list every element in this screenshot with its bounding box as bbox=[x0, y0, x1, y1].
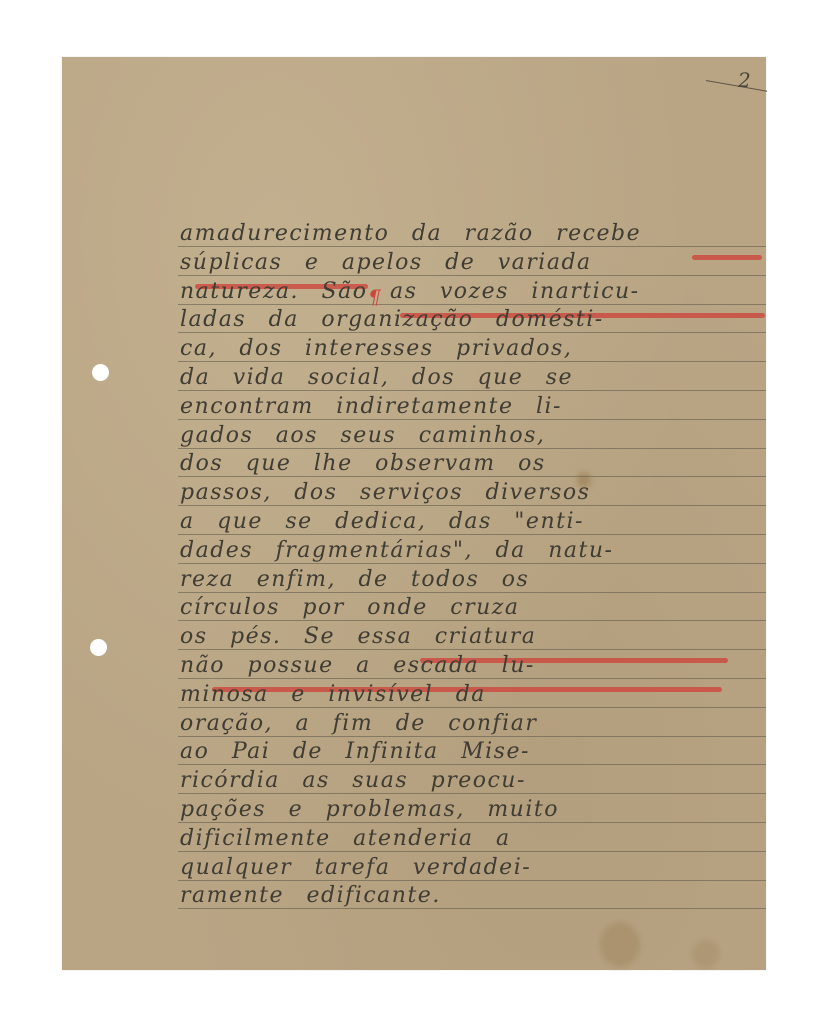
foxing-stain bbox=[692, 940, 720, 968]
manuscript-line: ca, dos interesses privados, bbox=[180, 335, 765, 363]
manuscript-line: dificilmente atenderia a bbox=[180, 825, 765, 853]
manuscript-line: os pés. Se essa criatura bbox=[180, 623, 765, 651]
page-number: 2 bbox=[738, 68, 751, 92]
manuscript-line: da vida social, dos que se bbox=[180, 364, 765, 392]
manuscript-line: encontram indiretamente li- bbox=[180, 393, 765, 421]
manuscript-line: círculos por onde cruza bbox=[180, 594, 765, 622]
manuscript-line: natureza. São as vozes inarticu- bbox=[180, 278, 765, 306]
manuscript-line: passos, dos serviços diversos bbox=[180, 479, 765, 507]
manuscript-line: qualquer tarefa verdadei- bbox=[180, 854, 765, 882]
manuscript-line: oração, a fim de confiar bbox=[180, 710, 765, 738]
manuscript-line: gados aos seus caminhos, bbox=[180, 422, 765, 450]
manuscript-line: minosa e invisível da bbox=[180, 681, 765, 709]
manuscript-line: ricórdia as suas preocu- bbox=[180, 767, 765, 795]
punch-hole-top bbox=[92, 364, 109, 381]
manuscript-line: a que se dedica, das "enti- bbox=[180, 508, 765, 536]
manuscript-line: ao Pai de Infinita Mise- bbox=[180, 738, 765, 766]
manuscript-line: pações e problemas, muito bbox=[180, 796, 765, 824]
manuscript-line: amadurecimento da razão recebe bbox=[180, 220, 765, 248]
manuscript-line: dos que lhe observam os bbox=[180, 450, 765, 478]
punch-hole-bottom bbox=[90, 639, 107, 656]
manuscript-line: reza enfim, de todos os bbox=[180, 566, 765, 594]
red-paragraph-mark: ¶ bbox=[368, 283, 388, 311]
manuscript-line: súplicas e apelos de variada bbox=[180, 249, 765, 277]
manuscript-line: ladas da organização domésti- bbox=[180, 306, 765, 334]
manuscript-line: ramente edificante. bbox=[180, 882, 765, 910]
manuscript-line: dades fragmentárias", da natu- bbox=[180, 537, 765, 565]
manuscript-line: não possue a escada lu- bbox=[180, 652, 765, 680]
foxing-stain bbox=[600, 922, 640, 967]
